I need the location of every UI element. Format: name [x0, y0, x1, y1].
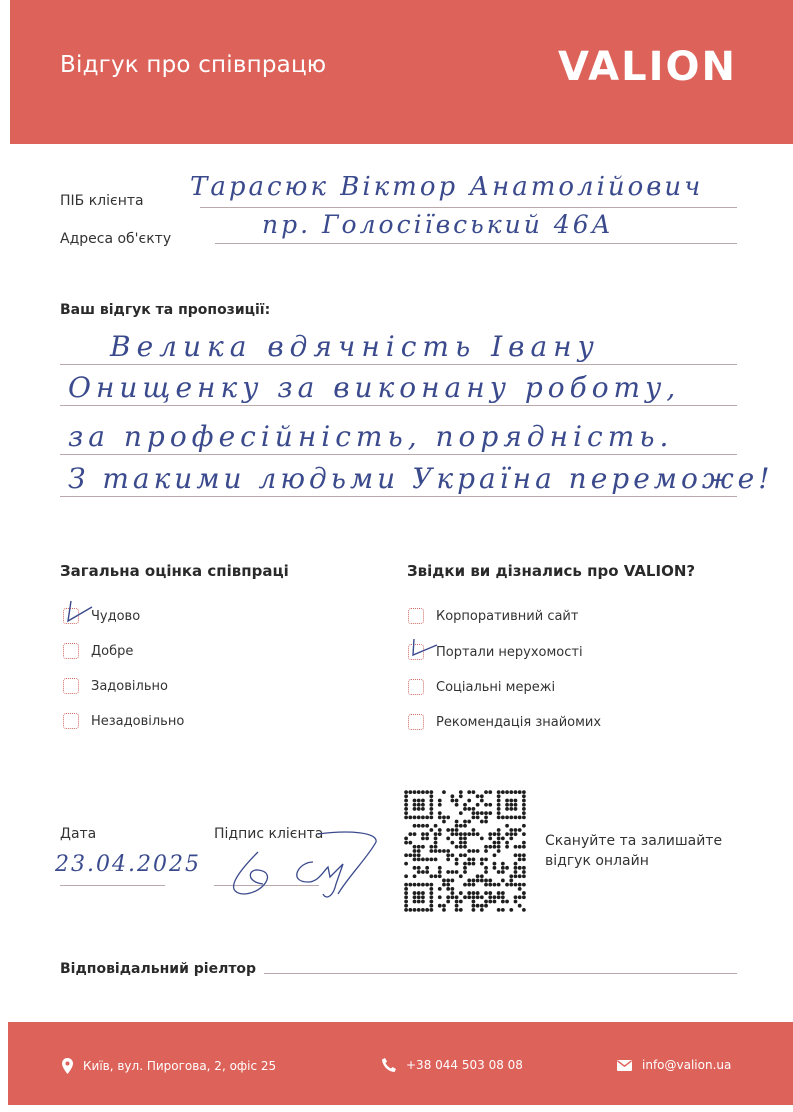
footer-address: Київ, вул. Пирогова, 2, офіс 25 [62, 1058, 276, 1074]
signature-image[interactable] [218, 822, 398, 902]
check-mark-icon [407, 635, 439, 663]
checkbox[interactable] [408, 714, 424, 730]
footer-phone[interactable]: +38 044 503 08 08 [382, 1058, 523, 1072]
date-line [60, 885, 165, 886]
feedback-line[interactable]: за професійність, порядність. [68, 420, 673, 453]
option-label: Задовільно [91, 679, 168, 694]
qr-caption-line: Скануйте та залишайте [545, 831, 745, 851]
rating-option-good[interactable]: Добре [63, 643, 133, 659]
feedback-rule [60, 364, 737, 365]
feedback-line[interactable]: Велика вдячність Івану [110, 330, 600, 363]
option-label: Добре [91, 644, 133, 659]
checkbox[interactable] [63, 678, 79, 694]
realtor-label: Відповідальний ріелтор [60, 961, 256, 977]
realtor-line[interactable] [264, 973, 737, 974]
address-text: Київ, вул. Пирогова, 2, офіс 25 [83, 1059, 276, 1073]
source-option-social[interactable]: Соціальні мережі [408, 679, 555, 695]
option-label: Незадовільно [91, 714, 184, 729]
feedback-rule [60, 405, 737, 406]
source-option-website[interactable]: Корпоративний сайт [408, 608, 578, 624]
footer-email[interactable]: info@valion.ua [617, 1058, 731, 1072]
feedback-rule [60, 454, 737, 455]
date-value[interactable]: 23.04.2025 [55, 852, 201, 877]
checkbox[interactable] [63, 713, 79, 729]
rating-option-excellent[interactable]: Чудово [63, 608, 140, 624]
address-line [215, 243, 737, 244]
source-option-portals[interactable]: Портали нерухомості [408, 644, 583, 660]
address-label: Адреса об'єкту [60, 231, 171, 247]
check-mark-icon [62, 599, 94, 627]
option-label: Соціальні мережі [436, 680, 555, 695]
email-text: info@valion.ua [642, 1058, 731, 1072]
address-value[interactable]: пр. Голосіївський 46А [262, 210, 614, 239]
rating-title: Загальна оцінка співпраці [60, 562, 289, 580]
map-pin-icon [62, 1058, 73, 1074]
qr-code-icon[interactable] [404, 790, 526, 912]
footer-banner: Київ, вул. Пирогова, 2, офіс 25 +38 044 … [8, 1022, 793, 1105]
client-name-value[interactable]: Тарасюк Віктор Анатолійович [190, 172, 703, 202]
rating-option-satisfactory[interactable]: Задовільно [63, 678, 168, 694]
checkbox[interactable] [408, 608, 424, 624]
date-label: Дата [60, 826, 96, 842]
option-label: Чудово [91, 609, 140, 624]
phone-text: +38 044 503 08 08 [406, 1058, 523, 1072]
feedback-label: Ваш відгук та пропозиції: [60, 302, 270, 318]
header-banner: Відгук про співпрацю VALION [10, 0, 793, 144]
checkbox[interactable] [63, 608, 79, 624]
source-title: Звідки ви дізнались про VALION? [407, 562, 695, 580]
option-label: Корпоративний сайт [436, 609, 578, 624]
brand-logo: VALION [558, 44, 737, 90]
checkbox[interactable] [408, 644, 424, 660]
feedback-rule [60, 496, 737, 497]
feedback-line[interactable]: Онищенку за виконану роботу, [68, 371, 680, 404]
rating-option-unsatisfactory[interactable]: Незадовільно [63, 713, 184, 729]
client-name-label: ПІБ клієнта [60, 193, 144, 209]
qr-caption: Скануйте та залишайте відгук онлайн [545, 831, 745, 871]
feedback-line[interactable]: З такими людьми Україна переможе! [68, 462, 774, 495]
form-title: Відгук про співпрацю [60, 52, 326, 78]
option-label: Рекомендація знайомих [436, 715, 601, 730]
option-label: Портали нерухомості [436, 645, 583, 660]
qr-caption-line: відгук онлайн [545, 851, 745, 871]
phone-icon [382, 1058, 396, 1072]
envelope-icon [617, 1060, 632, 1071]
source-option-recommendation[interactable]: Рекомендація знайомих [408, 714, 601, 730]
checkbox[interactable] [408, 679, 424, 695]
client-name-line [200, 207, 737, 208]
checkbox[interactable] [63, 643, 79, 659]
